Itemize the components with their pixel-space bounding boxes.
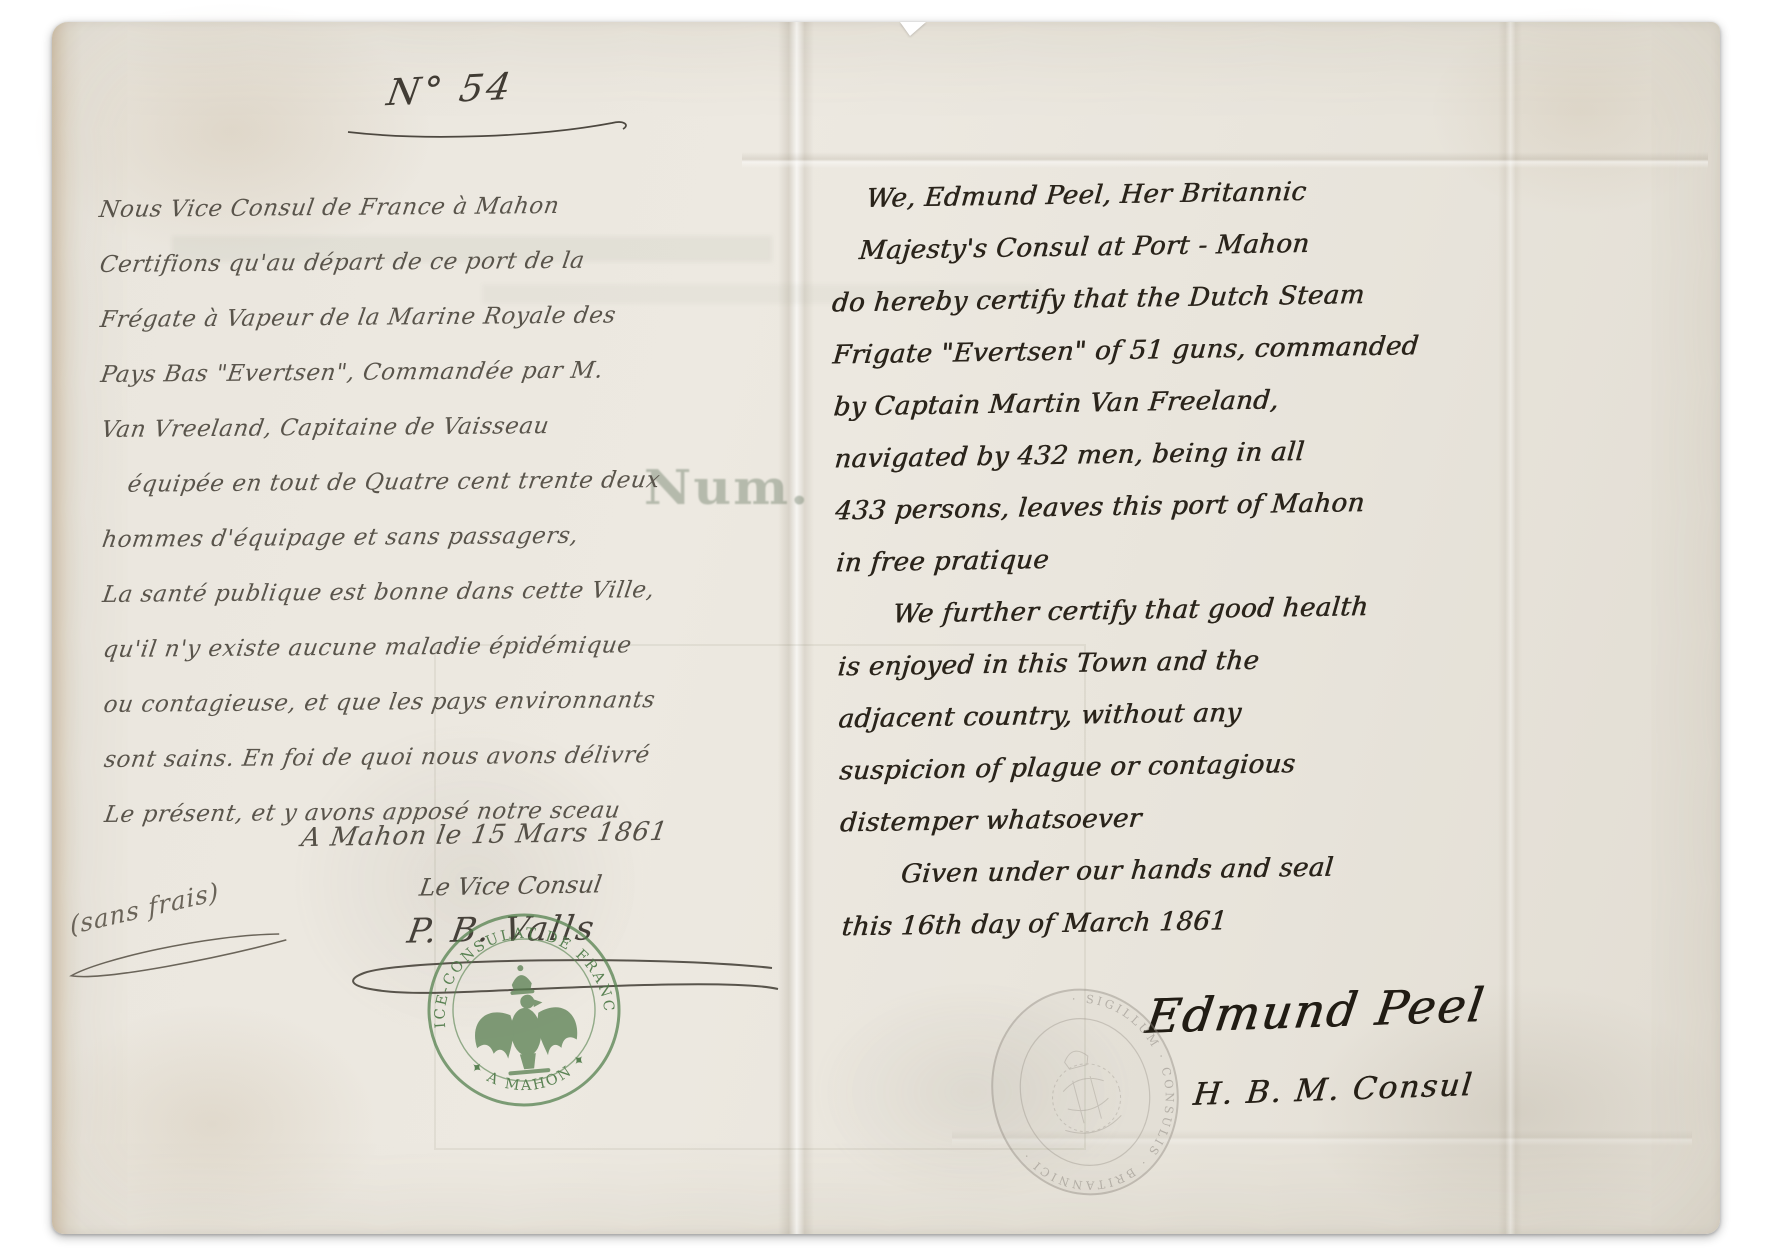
french-closing-line: Le Vice Consul [418,870,604,901]
paper-stain [42,1004,382,1244]
handwritten-line: Van Vreeland, Capitaine de Vaisseau [97,397,785,458]
french-text-block: Nous Vice Consul de France à Mahon Certi… [99,177,785,843]
handwritten-line: équipée en tout de Quatre cent trente de… [98,452,786,513]
photograph-background: Num. N° 54 Nous Vice Consul de France à … [0,0,1770,1260]
crowned-imperial-eagle-icon [469,961,580,1079]
british-consulate-seal: · SIGILLUM · CONSULIS · BRITANNICI · [976,974,1194,1210]
stamp-text-top: VICE-CONSULAT DE FRANCE [416,902,617,1031]
handwritten-line: this 16th day of March 1861 [807,890,1572,954]
handwritten-line: ou contagieuse, et que les pays environn… [100,672,788,733]
handwritten-line: Frégate à Vapeur de la Marine Royale des [96,287,784,348]
handwritten-line: La santé publique est bonne dans cette V… [99,562,787,623]
margin-note: (sans frais) [69,877,221,941]
english-signature: Edmund Peel [1142,978,1488,1045]
document-paper: Num. N° 54 Nous Vice Consul de France à … [52,22,1720,1234]
paper-tear [900,22,926,36]
english-text-block: We, Edmund Peel, Her Britannic Majesty's… [798,162,1570,954]
handwritten-line: Nous Vice Consul de France à Mahon [95,177,783,238]
english-signature-title: H. B. M. Consul [1192,1067,1476,1113]
handwritten-line: qu'il n'y existe aucune maladie épidémiq… [99,617,787,678]
french-place-date: A Mahon le 15 Mars 1861 [299,817,670,853]
paper-edge-discoloration [52,22,82,1234]
handwritten-line: hommes d'équipage et sans passagers, [98,507,786,568]
handwritten-line: sont sains. En foi de quoi nous avons dé… [100,727,788,788]
handwritten-line: Pays Bas "Evertsen", Commandée par M. [97,342,785,403]
french-vice-consulate-stamp: VICE-CONSULAT DE FRANCE ✦ A MAHON ✦ [416,902,633,1119]
handwritten-line: Certifions qu'au départ de ce port de la [96,232,784,293]
document-number: N° 54 [384,65,517,114]
horizontal-crease [742,152,1708,168]
number-underline-flourish [342,116,642,142]
seal-outer-ring [976,974,1194,1210]
